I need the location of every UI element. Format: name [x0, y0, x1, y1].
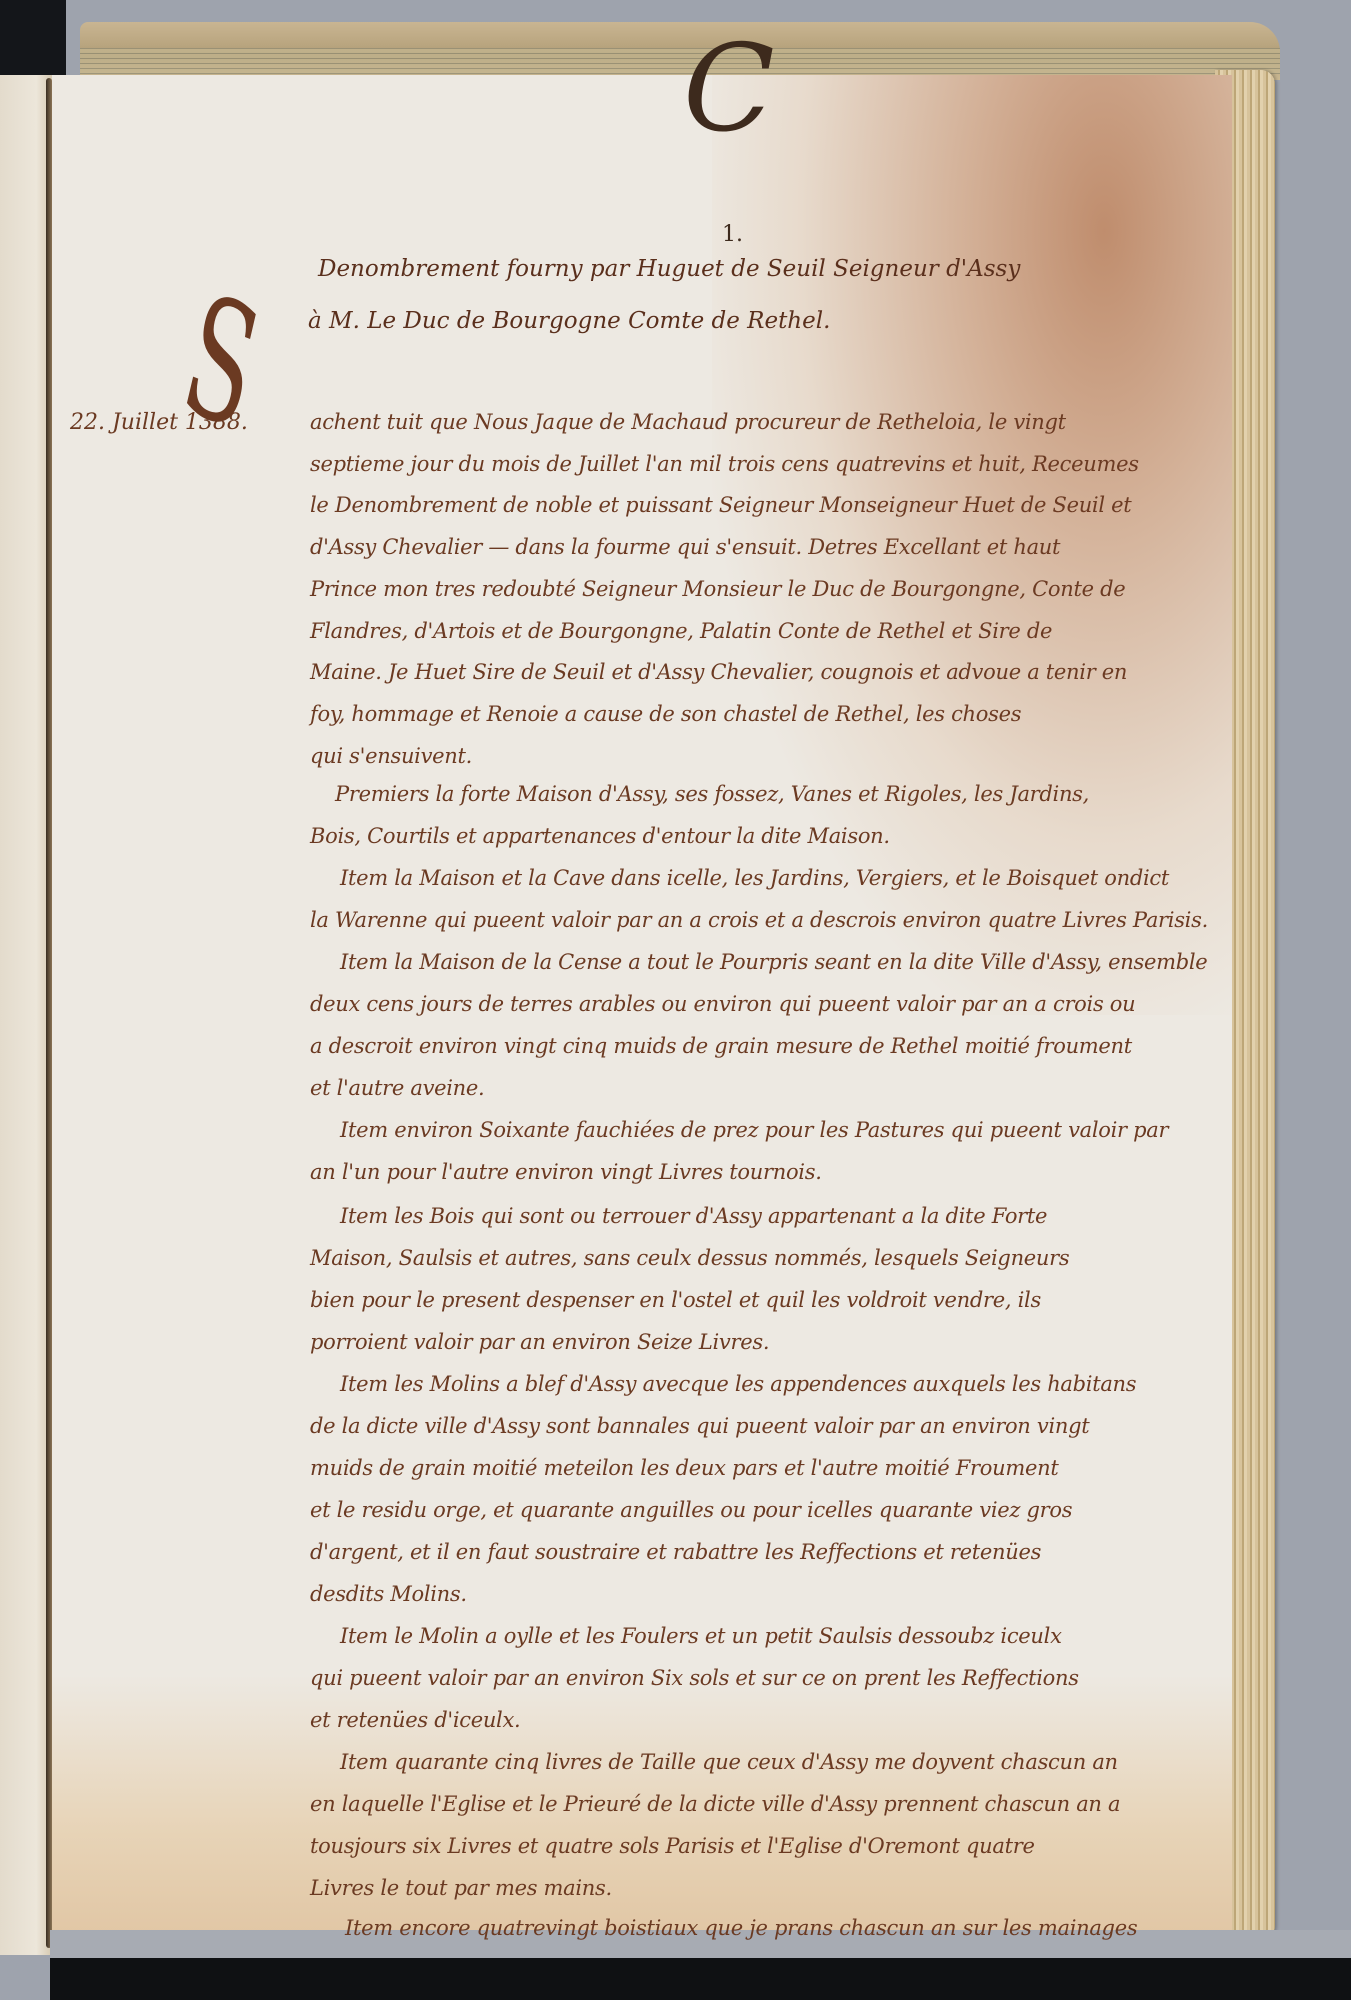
body-line: qui s'ensuivent.	[310, 744, 472, 768]
body-line: la Warenne qui pueent valoir par an a cr…	[310, 908, 1208, 932]
body-line: Item les Bois qui sont ou terrouer d'Ass…	[340, 1204, 1047, 1228]
body-line: qui pueent valoir par an environ Six sol…	[310, 1666, 1079, 1690]
body-line: septieme jour du mois de Juillet l'an mi…	[310, 452, 1139, 476]
body-line: Item la Maison et la Cave dans icelle, l…	[340, 866, 1169, 890]
body-line: Maison, Saulsis et autres, sans ceulx de…	[310, 1246, 1069, 1270]
body-line: Item quarante cinq livres de Taille que …	[340, 1750, 1118, 1774]
body-line: d'argent, et il en faut soustraire et ra…	[310, 1540, 1041, 1564]
body-line: deux cens jours de terres arables ou env…	[310, 992, 1135, 1016]
body-line: Flandres, d'Artois et de Bourgongne, Pal…	[310, 619, 1052, 643]
body-line: Maine. Je Huet Sire de Seuil et d'Assy C…	[310, 660, 1127, 684]
body-line: d'Assy Chevalier — dans la fourme qui s'…	[310, 535, 1060, 559]
body-line: Item le Molin a oylle et les Foulers et …	[340, 1624, 1062, 1648]
body-line: Item les Molins a blef d'Assy avecque le…	[340, 1372, 1136, 1396]
heading-line-1: Denombrement fourny par Huguet de Seuil …	[318, 256, 1020, 282]
body-line: le Denombrement de noble et puissant Sei…	[310, 493, 1131, 517]
heading-line-2: à M. Le Duc de Bourgogne Comte de Rethel…	[308, 308, 830, 334]
body-line: an l'un pour l'autre environ vingt Livre…	[310, 1160, 822, 1184]
body-line: muids de grain moitié meteilon les deux …	[310, 1456, 1058, 1480]
body-line: tousjours six Livres et quatre sols Pari…	[310, 1834, 1035, 1858]
body-line: et le residu orge, et quarante anguilles…	[310, 1498, 1072, 1522]
ornament-letter: C	[683, 30, 775, 150]
body-line: Item la Maison de la Cense a tout le Pou…	[340, 950, 1207, 974]
body-line: Livres le tout par mes mains.	[310, 1876, 612, 1900]
body-line: Premiers la forte Maison d'Assy, ses fos…	[335, 782, 1089, 806]
facing-page-edge	[0, 75, 52, 1955]
body-line: de la dicte ville d'Assy sont bannales q…	[310, 1414, 1089, 1438]
dark-background-bottom	[50, 1958, 1351, 2000]
body-line: Item encore quatrevingt boistiaux que je…	[345, 1916, 1137, 1940]
entry-number: 1.	[722, 222, 743, 247]
book-top-edge	[80, 22, 1280, 80]
dark-background-corner	[0, 0, 66, 75]
body-line: foy, hommage et Renoie a cause de son ch…	[310, 702, 1021, 726]
body-line: en laquelle l'Eglise et le Prieuré de la…	[310, 1792, 1120, 1816]
body-line: Item environ Soixante fauchiées de prez …	[340, 1118, 1168, 1142]
body-line: desdits Molins.	[310, 1582, 467, 1606]
body-line: porroient valoir par an environ Seize Li…	[310, 1330, 769, 1354]
body-line: et retenües d'iceulx.	[310, 1708, 520, 1732]
body-line: Bois, Courtils et appartenances d'entour…	[310, 824, 890, 848]
body-line: Prince mon tres redoubté Seigneur Monsie…	[310, 577, 1125, 601]
body-line: bien pour le present despenser en l'oste…	[310, 1288, 1041, 1312]
book-gutter	[46, 78, 52, 1948]
body-line: a descroit environ vingt cinq muids de g…	[310, 1034, 1132, 1058]
body-line: et l'autre aveine.	[310, 1076, 484, 1100]
body-line: achent tuit que Nous Jaque de Machaud pr…	[310, 410, 1066, 434]
